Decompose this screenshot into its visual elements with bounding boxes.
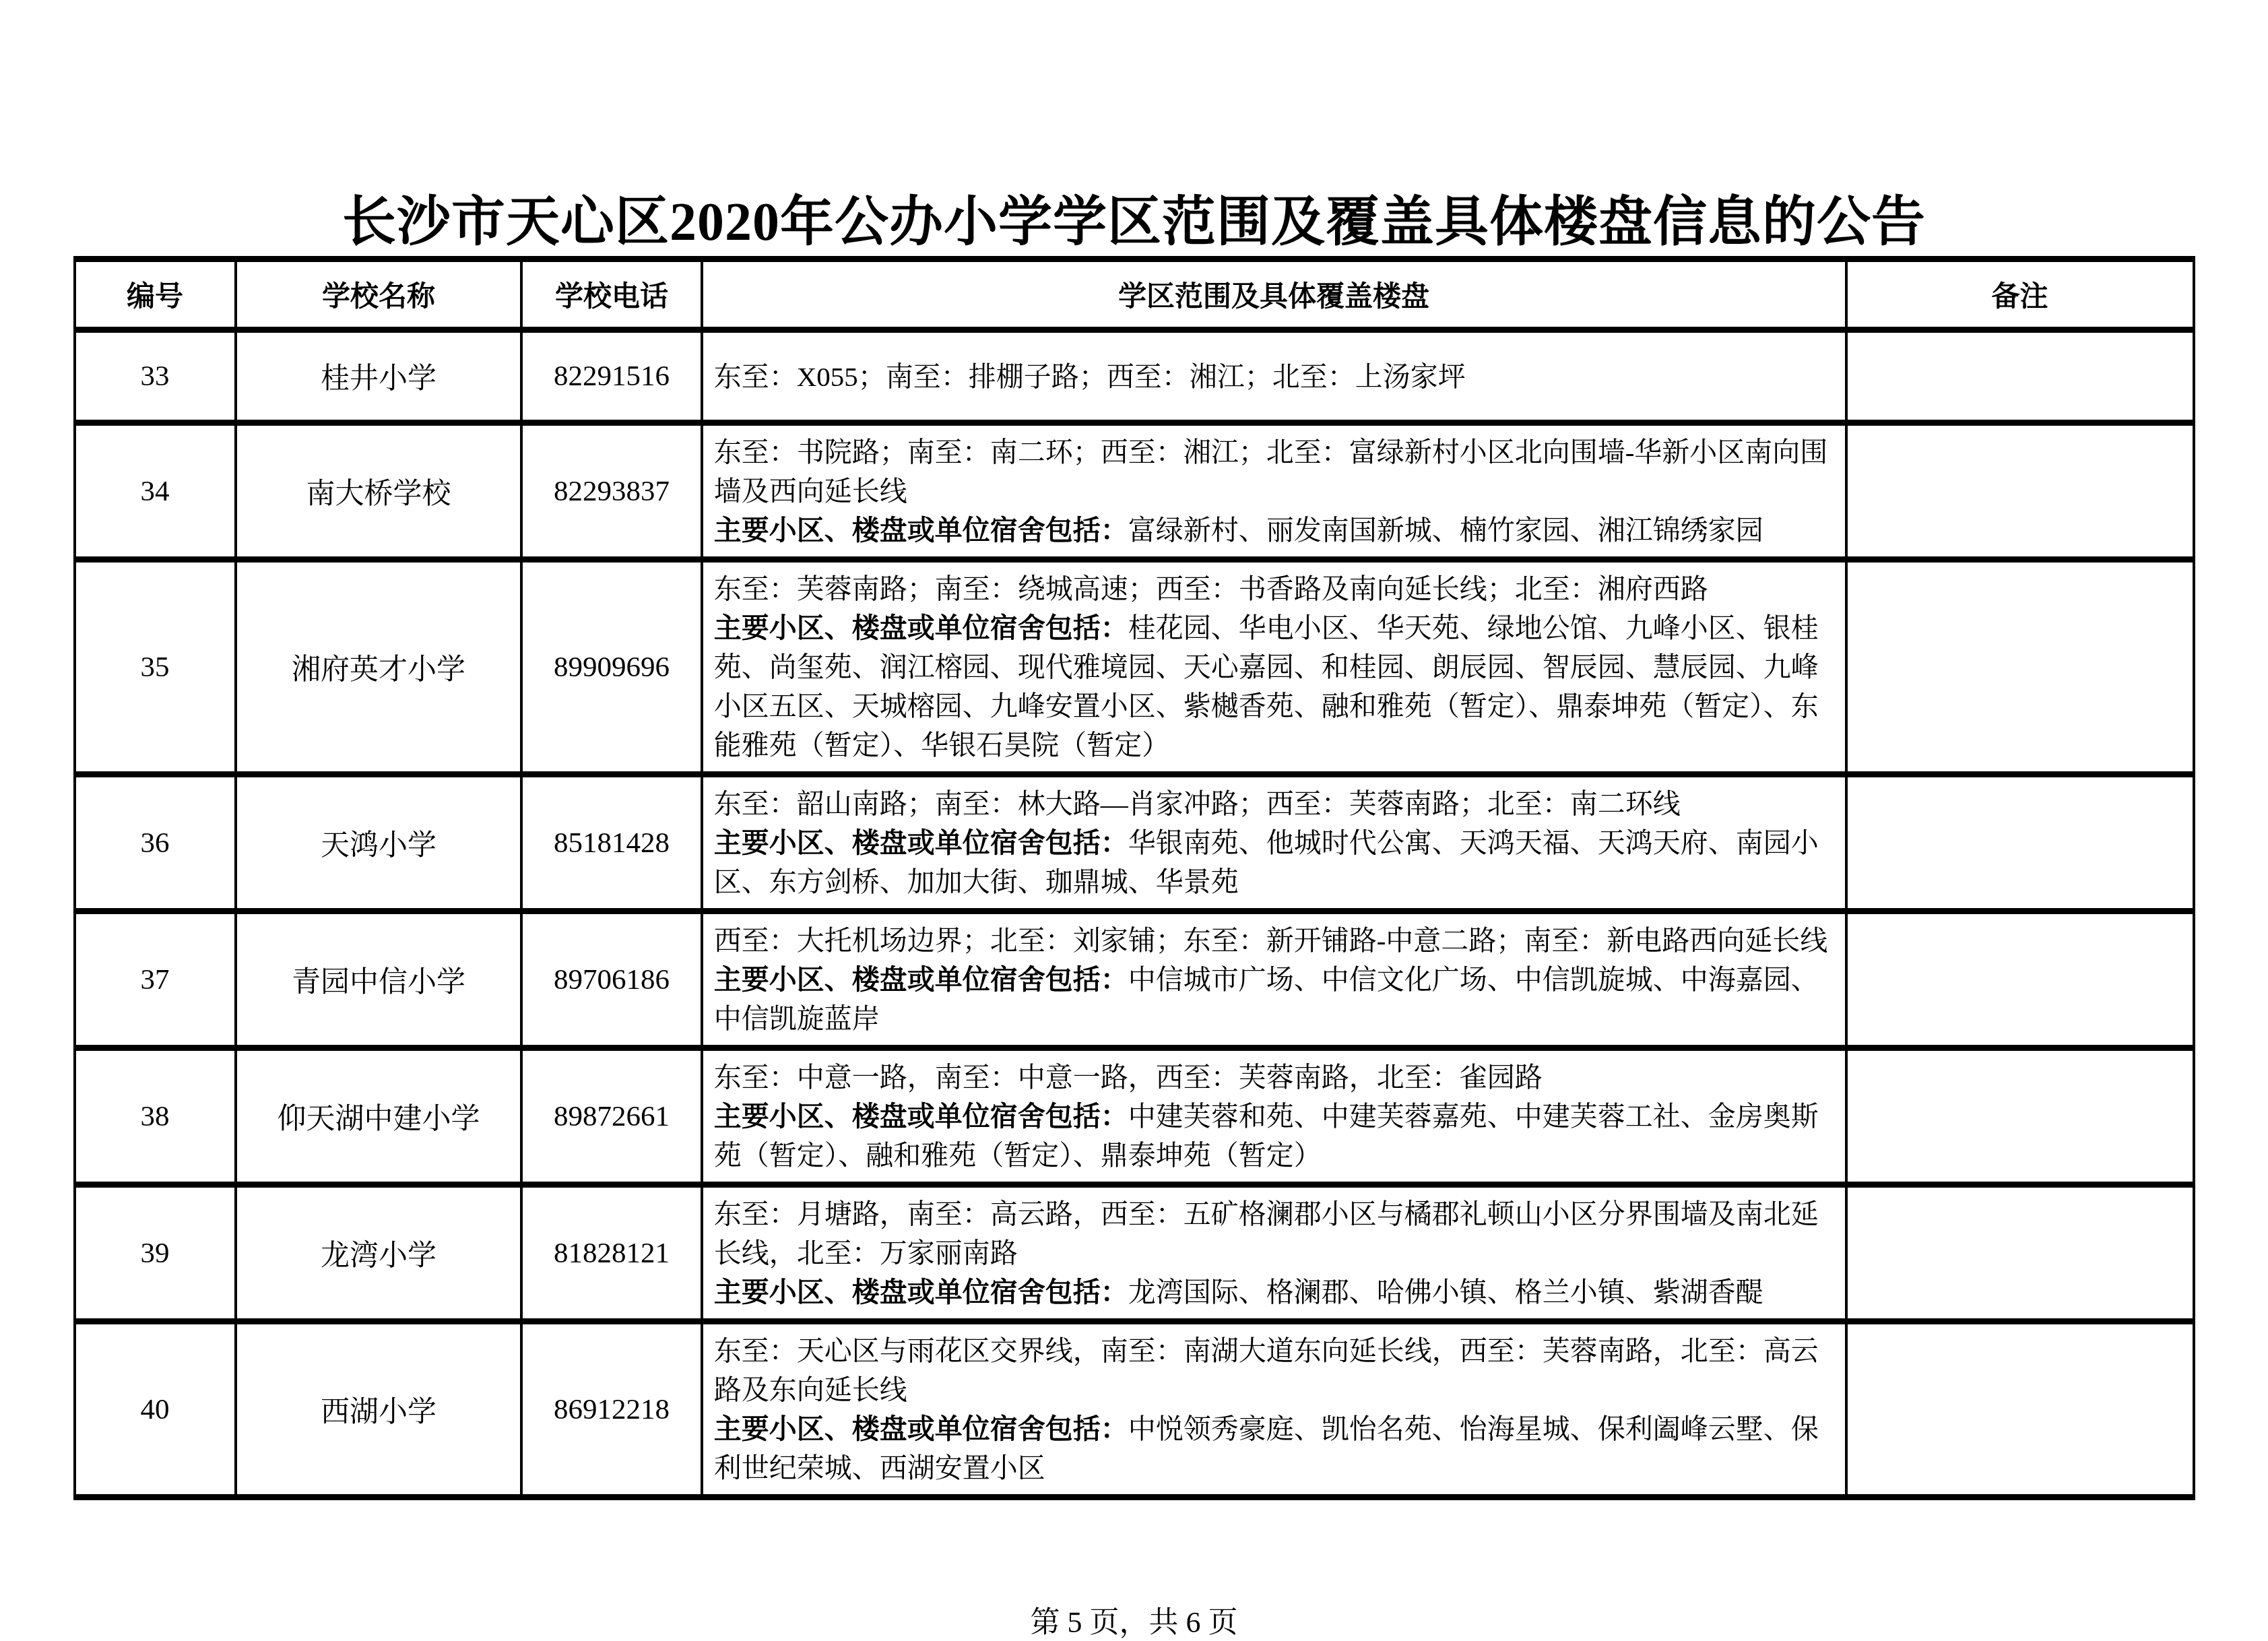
table-row: 36 天鸿小学 85181428 东至：韶山南路；南至：林大路—肖家冲路；西至：… bbox=[75, 775, 2194, 911]
row-number: 36 bbox=[75, 775, 236, 911]
estates-label: 主要小区、楼盘或单位宿舍包括： bbox=[714, 612, 1128, 643]
page-footer: 第 5 页，共 6 页 bbox=[0, 1598, 2268, 1641]
school-name: 仰天湖中建小学 bbox=[236, 1048, 522, 1185]
page-title: 长沙市天心区2020年公办小学学区范围及覆盖具体楼盘信息的公告 bbox=[0, 0, 2268, 251]
school-phone: 89872661 bbox=[521, 1048, 701, 1185]
school-name: 青园中信小学 bbox=[236, 911, 522, 1048]
remarks-cell bbox=[1846, 560, 2194, 775]
header-number: 编号 bbox=[75, 259, 236, 330]
estates-label: 主要小区、楼盘或单位宿舍包括： bbox=[714, 827, 1128, 858]
header-row: 编号 学校名称 学校电话 学区范围及具体覆盖楼盘 备注 bbox=[75, 259, 2194, 330]
table-row: 34 南大桥学校 82293837 东至：书院路；南至：南二环；西至：湘江；北至… bbox=[75, 423, 2194, 560]
remarks-cell bbox=[1846, 1185, 2194, 1322]
row-number: 39 bbox=[75, 1185, 236, 1322]
row-number: 33 bbox=[75, 330, 236, 423]
header-district-range: 学区范围及具体覆盖楼盘 bbox=[702, 259, 1846, 330]
school-phone: 89909696 bbox=[521, 560, 701, 775]
table-sheet: 编号 学校名称 学校电话 学区范围及具体覆盖楼盘 备注 33 桂井小学 8229… bbox=[73, 256, 2195, 1500]
estates-label: 主要小区、楼盘或单位宿舍包括： bbox=[714, 1413, 1128, 1444]
row-number: 37 bbox=[75, 911, 236, 1048]
school-phone: 81828121 bbox=[521, 1185, 701, 1322]
estates-label: 主要小区、楼盘或单位宿舍包括： bbox=[714, 1277, 1128, 1308]
table-row: 37 青园中信小学 89706186 西至：大托机场边界；北至：刘家铺；东至：新… bbox=[75, 911, 2194, 1048]
boundary-text: 东至：韶山南路；南至：林大路—肖家冲路；西至：芙蓉南路；北至：南二环线 bbox=[714, 784, 1834, 823]
remarks-cell bbox=[1846, 911, 2194, 1048]
table-header: 编号 学校名称 学校电话 学区范围及具体覆盖楼盘 备注 bbox=[75, 259, 2194, 330]
table-row: 38 仰天湖中建小学 89872661 东至：中意一路，南至：中意一路，西至：芙… bbox=[75, 1048, 2194, 1185]
district-range-cell: 东至：X055；南至：排棚子路；西至：湘江；北至：上汤家坪 bbox=[702, 330, 1846, 423]
boundary-text: 东至：天心区与雨花区交界线，南至：南湖大道东向延长线，西至：芙蓉南路，北至：高云… bbox=[714, 1331, 1834, 1409]
district-range-cell: 东至：韶山南路；南至：林大路—肖家冲路；西至：芙蓉南路；北至：南二环线 主要小区… bbox=[702, 775, 1846, 911]
row-number: 35 bbox=[75, 560, 236, 775]
district-range-cell: 东至：书院路；南至：南二环；西至：湘江；北至：富绿新村小区北向围墙-华新小区南向… bbox=[702, 423, 1846, 560]
estates-label: 主要小区、楼盘或单位宿舍包括： bbox=[714, 964, 1128, 995]
boundary-text: 东至：月塘路，南至：高云路，西至：五矿格澜郡小区与橘郡礼顿山小区分界围墙及南北延… bbox=[714, 1194, 1834, 1273]
header-school-name: 学校名称 bbox=[236, 259, 522, 330]
district-range-cell: 西至：大托机场边界；北至：刘家铺；东至：新开铺路-中意二路；南至：新电路西向延长… bbox=[702, 911, 1846, 1048]
boundary-text: 东至：书院路；南至：南二环；西至：湘江；北至：富绿新村小区北向围墙-华新小区南向… bbox=[714, 432, 1834, 511]
school-phone: 82291516 bbox=[521, 330, 701, 423]
remarks-cell bbox=[1846, 1048, 2194, 1185]
school-phone: 85181428 bbox=[521, 775, 701, 911]
remarks-cell bbox=[1846, 423, 2194, 560]
estates-block: 主要小区、楼盘或单位宿舍包括：中建芙蓉和苑、中建芙蓉嘉苑、中建芙蓉工社、金房奥斯… bbox=[714, 1097, 1834, 1175]
remarks-cell bbox=[1846, 330, 2194, 423]
estates-block: 主要小区、楼盘或单位宿舍包括：桂花园、华电小区、华天苑、绿地公馆、九峰小区、银桂… bbox=[714, 608, 1834, 765]
school-name: 南大桥学校 bbox=[236, 423, 522, 560]
district-range-cell: 东至：芙蓉南路；南至：绕城高速；西至：书香路及南向延长线；北至：湘府西路 主要小… bbox=[702, 560, 1846, 775]
estates-label: 主要小区、楼盘或单位宿舍包括： bbox=[714, 515, 1128, 546]
district-range-cell: 东至：天心区与雨花区交界线，南至：南湖大道东向延长线，西至：芙蓉南路，北至：高云… bbox=[702, 1322, 1846, 1498]
table-row: 40 西湖小学 86912218 东至：天心区与雨花区交界线，南至：南湖大道东向… bbox=[75, 1322, 2194, 1498]
row-number: 40 bbox=[75, 1322, 236, 1498]
header-remarks: 备注 bbox=[1846, 259, 2194, 330]
school-name: 湘府英才小学 bbox=[236, 560, 522, 775]
remarks-cell bbox=[1846, 1322, 2194, 1498]
estates-block: 主要小区、楼盘或单位宿舍包括：华银南苑、他城时代公寓、天鸿天福、天鸿天府、南园小… bbox=[714, 823, 1834, 901]
school-name: 西湖小学 bbox=[236, 1322, 522, 1498]
table-row: 39 龙湾小学 81828121 东至：月塘路，南至：高云路，西至：五矿格澜郡小… bbox=[75, 1185, 2194, 1322]
district-range-cell: 东至：月塘路，南至：高云路，西至：五矿格澜郡小区与橘郡礼顿山小区分界围墙及南北延… bbox=[702, 1185, 1846, 1322]
boundary-text: 东至：中意一路，南至：中意一路，西至：芙蓉南路，北至：雀园路 bbox=[714, 1058, 1834, 1097]
school-phone: 86912218 bbox=[521, 1322, 701, 1498]
row-number: 34 bbox=[75, 423, 236, 560]
row-number: 38 bbox=[75, 1048, 236, 1185]
estates-text: 龙湾国际、格澜郡、哈佛小镇、格兰小镇、紫湖香醍 bbox=[1128, 1277, 1763, 1308]
document-page: { "page": { "title": "长沙市天心区2020年公办小学学区范… bbox=[0, 0, 2268, 1604]
header-school-phone: 学校电话 bbox=[521, 259, 701, 330]
estates-block: 主要小区、楼盘或单位宿舍包括：龙湾国际、格澜郡、哈佛小镇、格兰小镇、紫湖香醍 bbox=[714, 1273, 1834, 1312]
school-phone: 89706186 bbox=[521, 911, 701, 1048]
school-district-table: 编号 学校名称 学校电话 学区范围及具体覆盖楼盘 备注 33 桂井小学 8229… bbox=[73, 256, 2195, 1500]
remarks-cell bbox=[1846, 775, 2194, 911]
district-range-cell: 东至：中意一路，南至：中意一路，西至：芙蓉南路，北至：雀园路 主要小区、楼盘或单… bbox=[702, 1048, 1846, 1185]
school-phone: 82293837 bbox=[521, 423, 701, 560]
boundary-text: 东至：X055；南至：排棚子路；西至：湘江；北至：上汤家坪 bbox=[714, 357, 1834, 396]
estates-block: 主要小区、楼盘或单位宿舍包括：中信城市广场、中信文化广场、中信凯旋城、中海嘉园、… bbox=[714, 960, 1834, 1038]
boundary-text: 东至：芙蓉南路；南至：绕城高速；西至：书香路及南向延长线；北至：湘府西路 bbox=[714, 569, 1834, 608]
table-row: 35 湘府英才小学 89909696 东至：芙蓉南路；南至：绕城高速；西至：书香… bbox=[75, 560, 2194, 775]
estates-text: 富绿新村、丽发南国新城、楠竹家园、湘江锦绣家园 bbox=[1128, 515, 1763, 546]
estates-block: 主要小区、楼盘或单位宿舍包括：中悦领秀豪庭、凯怡名苑、怡海星城、保利阖峰云墅、保… bbox=[714, 1409, 1834, 1487]
table-row: 33 桂井小学 82291516 东至：X055；南至：排棚子路；西至：湘江；北… bbox=[75, 330, 2194, 423]
table-body: 33 桂井小学 82291516 东至：X055；南至：排棚子路；西至：湘江；北… bbox=[75, 330, 2194, 1498]
estates-block: 主要小区、楼盘或单位宿舍包括：富绿新村、丽发南国新城、楠竹家园、湘江锦绣家园 bbox=[714, 511, 1834, 550]
school-name: 龙湾小学 bbox=[236, 1185, 522, 1322]
school-name: 天鸿小学 bbox=[236, 775, 522, 911]
boundary-text: 西至：大托机场边界；北至：刘家铺；东至：新开铺路-中意二路；南至：新电路西向延长… bbox=[714, 921, 1834, 960]
estates-label: 主要小区、楼盘或单位宿舍包括： bbox=[714, 1101, 1128, 1132]
school-name: 桂井小学 bbox=[236, 330, 522, 423]
